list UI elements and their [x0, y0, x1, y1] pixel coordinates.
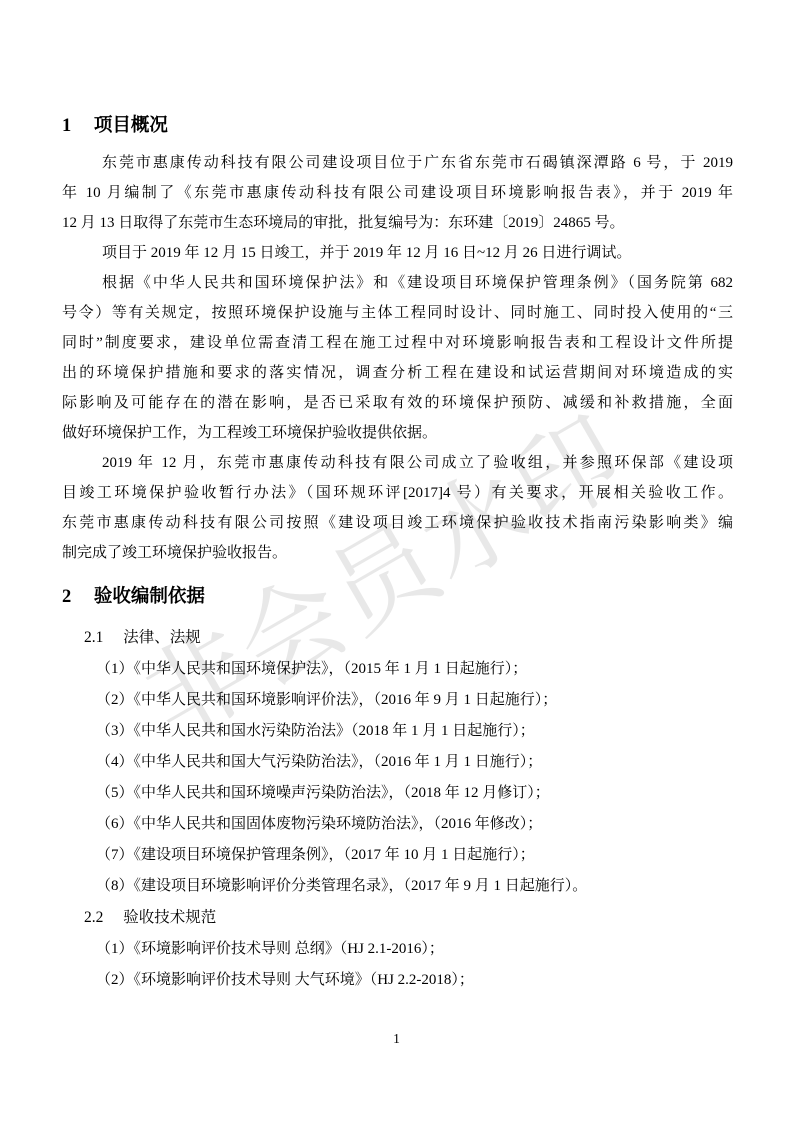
- paragraph-line: 出的环境保护措施和要求的落实情况，调查分析工程在建设和试运营期间对环境造成的实: [62, 358, 733, 388]
- page-number: 1: [0, 1031, 793, 1047]
- paragraph-line: 根据《中华人民共和国环境保护法》和《建设项目环境保护管理条例》（国务院第 682: [62, 268, 733, 298]
- list-item: （2）《中华人民共和国环境影响评价法》，（2016 年 9 月 1 日起施行）；: [62, 685, 733, 716]
- list-item: （3）《中华人民共和国水污染防治法》（2018 年 1 月 1 日起施行）；: [62, 716, 733, 747]
- section-2-number: 2: [62, 587, 71, 607]
- paragraph: 东莞市惠康传动科技有限公司建设项目位于广东省东莞市石碣镇深潭路 6 号，于 20…: [62, 148, 733, 238]
- paragraph: 2019 年 12 月，东莞市惠康传动科技有限公司成立了验收组，并参照环保部《建…: [62, 448, 733, 568]
- subsection-2-2-title: 验收技术规范: [123, 909, 216, 926]
- list-item: （1）《中华人民共和国环境保护法》，（2015 年 1 月 1 日起施行）；: [62, 654, 733, 685]
- subsection-2-1-number: 2.1: [84, 629, 103, 646]
- tech-specs-list: （1）《环境影响评价技术导则 总纲》（HJ 2.1-2016）；（2）《环境影响…: [62, 934, 733, 996]
- list-item: （5）《中华人民共和国环境噪声污染防治法》，（2018 年 12 月修订）；: [62, 778, 733, 809]
- paragraph-line: 项目于 2019 年 12 月 15 日竣工，并于 2019 年 12 月 16…: [62, 238, 733, 268]
- paragraph-line: 目竣工环境保护验收暂行办法》（国环规环评[2017]4 号）有关要求，开展相关验…: [62, 478, 733, 508]
- list-item: （1）《环境影响评价技术导则 总纲》（HJ 2.1-2016）；: [62, 934, 733, 965]
- paragraph-line: 12 月 13 日取得了东莞市生态环境局的审批，批复编号为：东环建〔2019〕2…: [62, 208, 733, 238]
- section-1-title: 项目概况: [94, 116, 168, 136]
- list-item: （6）《中华人民共和国固体废物污染环境防治法》，（2016 年修改）；: [62, 809, 733, 840]
- section-1-heading: 1 项目概况: [62, 113, 733, 139]
- subsection-2-1-heading: 2.1 法律、法规: [62, 622, 733, 654]
- paragraph-line: 制完成了竣工环境保护验收报告。: [62, 538, 733, 568]
- section-1-number: 1: [62, 116, 71, 136]
- paragraph-line: 做好环境保护工作，为工程竣工环境保护验收提供依据。: [62, 418, 733, 448]
- paragraph-line: 东莞市惠康传动科技有限公司建设项目位于广东省东莞市石碣镇深潭路 6 号，于 20…: [62, 148, 733, 178]
- laws-list: （1）《中华人民共和国环境保护法》，（2015 年 1 月 1 日起施行）；（2…: [62, 654, 733, 902]
- paragraph: 项目于 2019 年 12 月 15 日竣工，并于 2019 年 12 月 16…: [62, 238, 733, 268]
- section-1-paragraphs: 东莞市惠康传动科技有限公司建设项目位于广东省东莞市石碣镇深潭路 6 号，于 20…: [62, 148, 733, 568]
- section-2-title: 验收编制依据: [94, 587, 205, 607]
- list-item: （7）《建设项目环境保护管理条例》，（2017 年 10 月 1 日起施行）；: [62, 840, 733, 871]
- paragraph-line: 际影响及可能存在的潜在影响，是否已采取有效的环境保护预防、减缓和补救措施，全面: [62, 388, 733, 418]
- list-item: （2）《环境影响评价技术导则 大气环境》（HJ 2.2-2018）；: [62, 965, 733, 996]
- list-item: （8）《建设项目环境影响评价分类管理名录》，（2017 年 9 月 1 日起施行…: [62, 871, 733, 902]
- paragraph-line: 号令）等有关规定，按照环境保护设施与主体工程同时设计、同时施工、同时投入使用的“…: [62, 298, 733, 328]
- list-item: （4）《中华人民共和国大气污染防治法》，（2016 年 1 月 1 日施行）；: [62, 747, 733, 778]
- subsection-2-2-number: 2.2: [84, 909, 103, 926]
- page-content: 1 项目概况 东莞市惠康传动科技有限公司建设项目位于广东省东莞市石碣镇深潭路 6…: [62, 0, 733, 996]
- paragraph-line: 同时”制度要求，建设单位需查清工程在施工过程中对环境影响报告表和工程设计文件所提: [62, 328, 733, 358]
- paragraph: 根据《中华人民共和国环境保护法》和《建设项目环境保护管理条例》（国务院第 682…: [62, 268, 733, 448]
- subsection-2-2-heading: 2.2 验收技术规范: [62, 902, 733, 934]
- section-2-heading: 2 验收编制依据: [62, 584, 733, 610]
- document-page: 非会员水印 1 项目概况 东莞市惠康传动科技有限公司建设项目位于广东省东莞市石碣…: [0, 0, 793, 1122]
- paragraph-line: 2019 年 12 月，东莞市惠康传动科技有限公司成立了验收组，并参照环保部《建…: [62, 448, 733, 478]
- subsection-2-1-title: 法律、法规: [123, 629, 201, 646]
- paragraph-line: 年 10 月编制了《东莞市惠康传动科技有限公司建设项目环境影响报告表》，并于 2…: [62, 178, 733, 208]
- paragraph-line: 东莞市惠康传动科技有限公司按照《建设项目竣工环境保护验收技术指南污染影响类》编: [62, 508, 733, 538]
